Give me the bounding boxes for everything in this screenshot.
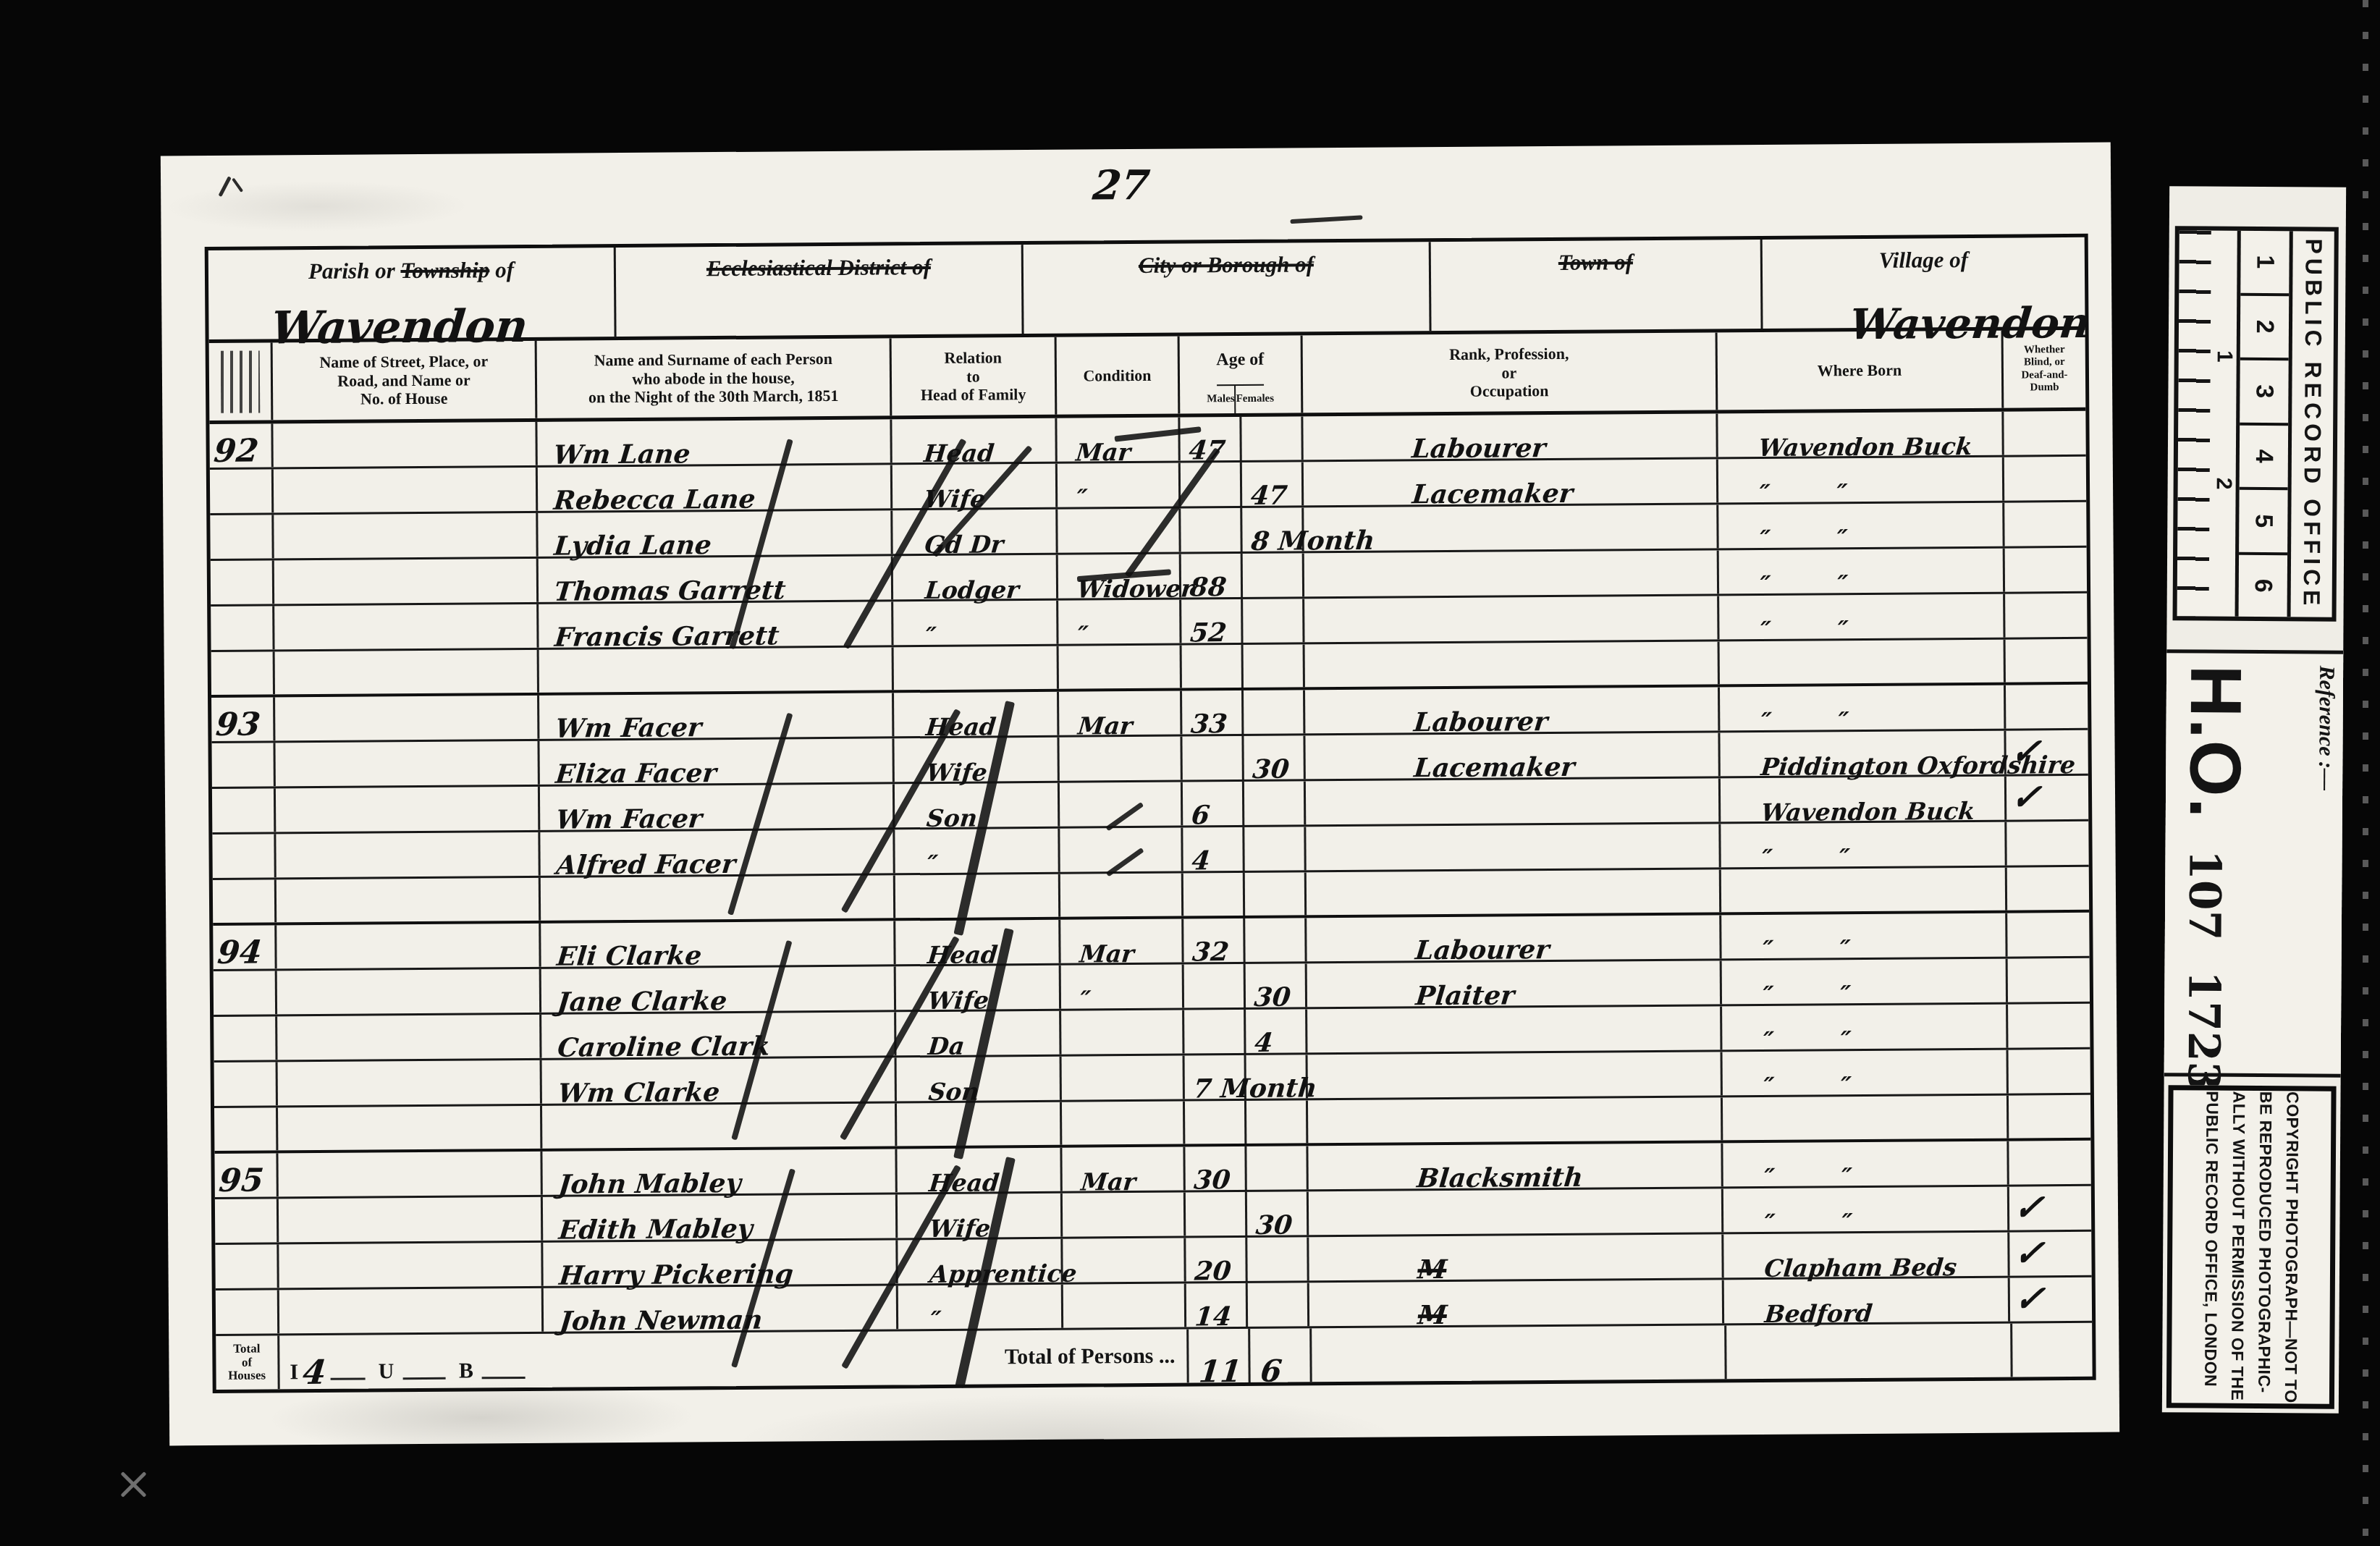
- occupation-cell: [1306, 824, 1721, 870]
- where-born-cell: Wavendon Buck: [1721, 777, 2006, 822]
- blind-deaf-cell: [2006, 639, 2088, 683]
- pen-stroke: [218, 176, 231, 197]
- occupation-cell: [1304, 550, 1719, 596]
- enumeration-rows: 92 Wm Lane Head Mar 47 Labourer Wavendon…: [209, 411, 2092, 1336]
- age-female-cell: [1244, 781, 1306, 825]
- age-female-cell: [1245, 918, 1307, 962]
- age-male-cell: 4: [1183, 827, 1244, 871]
- occupation-cell: Blacksmith: [1308, 1143, 1723, 1189]
- age-male-cell: 20: [1186, 1238, 1247, 1282]
- condition-column-header: Condition: [1057, 337, 1181, 415]
- occupation-cell: [1306, 778, 1721, 824]
- occupation-cell: [1305, 641, 1720, 687]
- person-name-cell: [539, 647, 894, 692]
- ruler-ticks: [2177, 230, 2211, 616]
- ruler-inch-label: 2: [2211, 478, 2236, 490]
- person-name-cell: Caroline Clark: [541, 1012, 896, 1057]
- pro-film-label: PUBLIC RECORD OFFICE 1 2 3 4 5 6 1 2 Ref…: [2162, 186, 2346, 1413]
- village-label: Village of: [1763, 246, 2085, 274]
- ecclesiastical-district-cell: Ecclesiastical District of: [616, 245, 1024, 337]
- reference-piece-1: 107: [2179, 850, 2230, 941]
- ruler-cell: 3: [2240, 360, 2289, 426]
- schedule-number-cell: [210, 515, 274, 559]
- person-name-cell: John Newman: [544, 1285, 898, 1331]
- blind-deaf-cell: [2006, 821, 2088, 866]
- where-born-cell: ″ ″: [1720, 685, 2006, 731]
- age-female-cell: 8 Month: [1242, 507, 1304, 552]
- pen-stroke: [232, 178, 243, 193]
- relation-cell: [895, 874, 1060, 918]
- ruler-tick-scale: 1 2: [2177, 230, 2237, 616]
- relation-cell: Lodger: [893, 555, 1058, 600]
- ruler-cell: 4: [2240, 425, 2289, 490]
- schedule-number-cell: [216, 1290, 279, 1334]
- blind-deaf-cell: [2009, 1095, 2090, 1139]
- age-male-cell: 30: [1185, 1146, 1246, 1191]
- city-borough-cell: City or Borough of: [1024, 242, 1432, 334]
- schedule-number-cell: [211, 651, 275, 695]
- reference-series: H.O.: [2173, 664, 2257, 819]
- schedule-number-cell: [214, 1107, 278, 1151]
- schedule-number-cell: [214, 1062, 278, 1106]
- occupation-cell: [1307, 869, 1721, 915]
- street-cell: [275, 696, 539, 741]
- where-born-cell: [1721, 868, 2007, 913]
- condition-cell: Mar: [1059, 691, 1182, 735]
- where-born-cell: ″ ″: [1722, 959, 2008, 1005]
- street-cell: [274, 559, 539, 604]
- where-born-cell: ″ ″: [1719, 594, 2005, 640]
- street-cell: [276, 832, 540, 878]
- houses-blank-line: [330, 1377, 366, 1380]
- age-female-cell: 30: [1247, 1191, 1309, 1235]
- blind-deaf-cell: [2008, 1004, 2090, 1048]
- name-column-header: Name and Surname of each Person who abod…: [537, 338, 892, 418]
- schedule-number-cell: [215, 1244, 279, 1288]
- occupation-cell: Lacemaker: [1304, 459, 1718, 505]
- schedule-number-cell: [215, 1199, 279, 1243]
- where-born-cell: ″ ″: [1718, 503, 2004, 549]
- person-name-cell: Thomas Garrett: [539, 556, 893, 601]
- schedule-header-marks: [220, 350, 260, 413]
- ruler-cell: 5: [2239, 490, 2288, 555]
- schedule-number-cell: [210, 469, 274, 513]
- relation-cell: Head: [894, 692, 1059, 737]
- person-name-cell: [541, 875, 895, 920]
- street-cell: [278, 1106, 542, 1151]
- copyright-text: COPYRIGHT PHOTOGRAPH—NOT TO BE REPRODUCE…: [2197, 1091, 2305, 1403]
- person-name-cell: Wm Facer: [539, 693, 894, 738]
- where-born-cell: ″ ″: [1722, 1005, 2008, 1050]
- street-cell: [279, 1197, 543, 1243]
- blind-deaf-cell: [2004, 457, 2086, 501]
- parish-header-cell: Parish or Township of Wavendon: [208, 248, 617, 339]
- where-born-cell: ″ ″: [1723, 1187, 2009, 1233]
- schedule-number-cell: 94: [213, 925, 277, 969]
- person-name-cell: Francis Garrett: [539, 601, 893, 647]
- houses-uninhabited-prefix: U: [379, 1359, 394, 1384]
- parish-value-handwriting: Wavendon: [269, 304, 530, 351]
- age-male-cell: [1183, 873, 1245, 916]
- condition-cell: [1062, 1056, 1185, 1100]
- blind-deaf-cell: ✓: [2006, 776, 2088, 820]
- street-cell: [277, 1015, 541, 1060]
- condition-cell: [1061, 1010, 1184, 1055]
- occupation-cell: [1308, 1052, 1723, 1098]
- person-name-cell: Eliza Facer: [539, 738, 894, 784]
- street-cell: [279, 1243, 543, 1288]
- blind-deaf-cell: [2007, 913, 2089, 957]
- age-female-cell: 30: [1244, 735, 1305, 780]
- age-column-header: Age of Males Females: [1180, 335, 1304, 413]
- parish-label: Parish or Township of: [208, 256, 614, 285]
- age-female-cell: [1245, 872, 1307, 916]
- age-male-cell: 14: [1186, 1283, 1248, 1327]
- schedule-number-cell: [212, 788, 276, 832]
- copyright-stamp: COPYRIGHT PHOTOGRAPH—NOT TO BE REPRODUCE…: [2166, 1085, 2337, 1408]
- where-born-cell: ″ ″: [1721, 822, 2006, 868]
- blind-deaf-cell: ✓: [2009, 1186, 2091, 1230]
- age-female-cell: [1246, 1100, 1308, 1144]
- village-cell: Village of Wavendon: [1763, 237, 2085, 329]
- total-of-houses-label: Total of Houses: [216, 1335, 280, 1390]
- street-cell: [273, 422, 537, 468]
- occupation-cell: Lacemaker: [1305, 732, 1720, 779]
- street-cell: [278, 1060, 542, 1106]
- age-female-cell: [1243, 599, 1304, 643]
- where-born-cell: Wavendon Buck: [1718, 412, 2004, 457]
- street-cell: [276, 787, 540, 832]
- person-name-cell: Lydia Lane: [538, 510, 892, 556]
- age-male-cell: [1186, 1192, 1247, 1236]
- blind-deaf-cell: ✓: [2010, 1277, 2092, 1322]
- pro-label-content: PUBLIC RECORD OFFICE 1 2 3 4 5 6 1 2 Ref…: [2162, 186, 2346, 1413]
- houses-blank-line: [482, 1377, 526, 1379]
- age-female-cell: [1243, 553, 1304, 597]
- condition-cell: [1059, 737, 1182, 781]
- relation-cell: Wife: [892, 464, 1058, 509]
- street-cell: [279, 1288, 544, 1334]
- occupation-column-header: Rank, Profession, or Occupation: [1303, 332, 1718, 413]
- schedule-number-cell: [212, 834, 276, 878]
- where-born-cell: Piddington Oxfordshire: [1720, 731, 2006, 777]
- totals-empty-occupation-cell: [1309, 1325, 1725, 1382]
- person-name-cell: Wm Lane: [537, 419, 892, 465]
- person-name-cell: Wm Facer: [540, 784, 895, 829]
- age-females-label: Females: [1236, 386, 1274, 413]
- relation-cell: Head: [895, 920, 1060, 965]
- schedule-number-column-header: [209, 342, 274, 421]
- condition-cell: ″: [1058, 463, 1181, 507]
- age-female-cell: 30: [1246, 963, 1307, 1008]
- page-number: 27: [1091, 165, 1151, 206]
- street-cell: [278, 1152, 542, 1197]
- street-cell: [274, 468, 538, 513]
- city-borough-label: City or Borough of: [1024, 250, 1429, 279]
- condition-cell: Mar: [1062, 1147, 1185, 1191]
- film-edge-marks: [2363, 0, 2368, 1546]
- blind-deaf-cell: [2008, 1049, 2090, 1094]
- town-label: Town of: [1431, 248, 1760, 276]
- condition-cell: [1060, 874, 1183, 917]
- occupation-cell: [1307, 1006, 1722, 1052]
- age-female-cell: [1244, 690, 1305, 734]
- census-page-scan: 27 Parish or Township of Wavendon Eccles…: [161, 143, 2119, 1446]
- total-persons-males: 11: [1186, 1329, 1249, 1383]
- age-female-cell: [1246, 1146, 1308, 1190]
- person-name-cell: Eli Clarke: [541, 921, 895, 966]
- relation-cell: [897, 1102, 1062, 1146]
- ruler-cell: 1: [2240, 231, 2290, 296]
- person-name-cell: Edith Mabley: [543, 1194, 898, 1240]
- occupation-cell: Labourer: [1303, 413, 1718, 460]
- age-males-label: Males: [1207, 386, 1236, 413]
- street-cell: [274, 604, 539, 650]
- where-born-cell: ″ ″: [1719, 549, 2005, 594]
- age-of-label: Age of: [1216, 336, 1264, 386]
- blind-deaf-cell: [2008, 958, 2090, 1002]
- where-born-cell: Clapham Beds: [1723, 1233, 2009, 1278]
- age-male-cell: 52: [1181, 599, 1243, 643]
- age-female-cell: 47: [1242, 462, 1304, 506]
- schedule-number-cell: 95: [214, 1153, 278, 1197]
- schedule-number-cell: [214, 1016, 277, 1060]
- street-cell: [277, 969, 541, 1015]
- schedule-number-cell: [213, 879, 277, 923]
- where-born-cell: [1723, 1096, 2009, 1141]
- age-male-cell: [1184, 1010, 1246, 1054]
- occupation-cell: Labourer: [1305, 687, 1720, 733]
- age-male-cell: [1184, 964, 1246, 1008]
- pro-ruler: PUBLIC RECORD OFFICE 1 2 3 4 5 6 1 2: [2173, 226, 2339, 621]
- age-female-cell: 4: [1246, 1009, 1307, 1053]
- total-of-persons-label: Total of Persons ...: [544, 1330, 1186, 1387]
- where-born-cell: ″ ″: [1718, 457, 2004, 503]
- ruler-inch-label: 1: [2212, 350, 2237, 363]
- person-name-cell: Jane Clarke: [541, 966, 896, 1012]
- blind-deaf-cell: [2009, 1141, 2090, 1185]
- place-header-row: Parish or Township of Wavendon Ecclesias…: [208, 237, 2085, 343]
- condition-cell: [1059, 646, 1182, 689]
- blind-deaf-cell: [2005, 594, 2087, 638]
- pen-stroke: [1290, 215, 1362, 224]
- total-persons-females: 6: [1248, 1328, 1310, 1382]
- where-born-cell: [1720, 640, 2006, 685]
- condition-cell: [1063, 1193, 1186, 1237]
- blind-deaf-cell: [2004, 411, 2085, 455]
- reference-value: H.O. 107 1723: [2172, 664, 2257, 1063]
- age-female-cell: [1244, 827, 1306, 871]
- occupation-cell: [1304, 596, 1719, 642]
- where-born-cell: ″ ″: [1721, 913, 2007, 959]
- totals-empty-born-cell: [1724, 1324, 2011, 1380]
- village-value-handwriting: Wavendon: [1848, 302, 2093, 345]
- relation-cell: [894, 646, 1059, 690]
- blind-deaf-cell: [2004, 502, 2086, 546]
- schedule-number-cell: [211, 560, 274, 604]
- condition-cell: [1063, 1284, 1186, 1328]
- age-female-cell: [1244, 644, 1305, 688]
- occupation-cell: [1309, 1188, 1723, 1235]
- age-male-cell: [1181, 508, 1242, 552]
- reference-section: Reference :— H.O. 107 1723: [2164, 649, 2344, 1077]
- street-cell: [274, 513, 538, 559]
- public-record-office-title: PUBLIC RECORD OFFICE: [2287, 231, 2334, 617]
- condition-cell: Mar: [1060, 919, 1183, 963]
- houses-inhabited-prefix: I: [290, 1360, 298, 1385]
- age-male-cell: 33: [1182, 690, 1244, 735]
- street-cell: [277, 878, 541, 923]
- occupation-cell: M: [1309, 1234, 1723, 1280]
- occupation-cell: M: [1309, 1280, 1724, 1326]
- condition-cell: ″: [1061, 965, 1184, 1009]
- age-male-cell: [1182, 645, 1244, 688]
- ruler-number-cells: 1 2 3 4 5 6: [2235, 231, 2290, 617]
- schedule-number-cell: [211, 606, 274, 650]
- ruler-cell: 6: [2239, 554, 2288, 617]
- census-form: Parish or Township of Wavendon Ecclesias…: [205, 234, 2096, 1393]
- relation-cell: Head: [892, 418, 1057, 463]
- age-female-cell: [1248, 1283, 1309, 1327]
- person-name-cell: Harry Pickering: [543, 1240, 898, 1285]
- where-born-cell: Bedford: [1724, 1278, 2010, 1324]
- total-of-houses-values: I 4 U B: [279, 1334, 544, 1390]
- age-female-cell: [1247, 1237, 1309, 1281]
- relation-cell: Son: [895, 783, 1060, 828]
- houses-blank-line: [402, 1377, 446, 1380]
- blind-deaf-cell: ✓: [2009, 1232, 2091, 1276]
- where-born-cell: ″ ″: [1723, 1141, 2009, 1187]
- age-male-cell: 6: [1183, 782, 1244, 826]
- condition-cell: [1062, 1102, 1185, 1145]
- schedule-number-cell: 93: [211, 697, 275, 741]
- reference-piece-2: 1723: [2178, 971, 2229, 1091]
- occupation-cell: [1308, 1097, 1723, 1143]
- person-name-cell: [542, 1103, 897, 1148]
- schedule-number-cell: [214, 971, 277, 1015]
- person-name-cell: Rebecca Lane: [538, 465, 892, 510]
- houses-building-prefix: B: [459, 1359, 473, 1383]
- street-cell: [275, 741, 539, 787]
- age-male-cell: [1182, 736, 1244, 780]
- age-female-cell: [1241, 416, 1303, 460]
- relation-cell: Head: [897, 1148, 1062, 1193]
- ruler-cell: 2: [2240, 295, 2290, 360]
- blind-deaf-cell: [2005, 548, 2087, 592]
- person-name-cell: Wm Clarke: [542, 1057, 897, 1103]
- reference-label: Reference :—: [2312, 666, 2339, 1064]
- person-name-cell: Alfred Facer: [540, 829, 895, 875]
- totals-empty-blind-cell: [2010, 1323, 2093, 1377]
- age-male-cell: 32: [1183, 918, 1245, 963]
- schedule-number-cell: 92: [209, 423, 273, 468]
- age-male-cell: 7 Month: [1185, 1055, 1246, 1099]
- houses-inhabited-value-handwriting: 4: [301, 1356, 328, 1389]
- town-cell: Town of: [1431, 240, 1763, 331]
- condition-cell: [1063, 1238, 1186, 1283]
- blind-deaf-cell: [2007, 867, 2089, 911]
- blind-deaf-cell: [2006, 685, 2088, 729]
- street-cell: [275, 650, 539, 695]
- relation-column-header: Relation to Head of Family: [892, 337, 1058, 416]
- ecclesiastical-district-label: Ecclesiastical District of: [616, 253, 1021, 282]
- person-name-cell: John Mabley: [542, 1149, 897, 1194]
- relation-cell: ″: [893, 601, 1058, 646]
- age-male-cell: [1185, 1101, 1246, 1144]
- occupation-cell: Labourer: [1307, 915, 1721, 961]
- where-born-cell: ″ ″: [1723, 1050, 2009, 1096]
- schedule-number-cell: [211, 743, 275, 787]
- street-cell: [277, 924, 541, 969]
- occupation-cell: Plaiter: [1307, 960, 1722, 1007]
- condition-cell: ″: [1058, 600, 1181, 644]
